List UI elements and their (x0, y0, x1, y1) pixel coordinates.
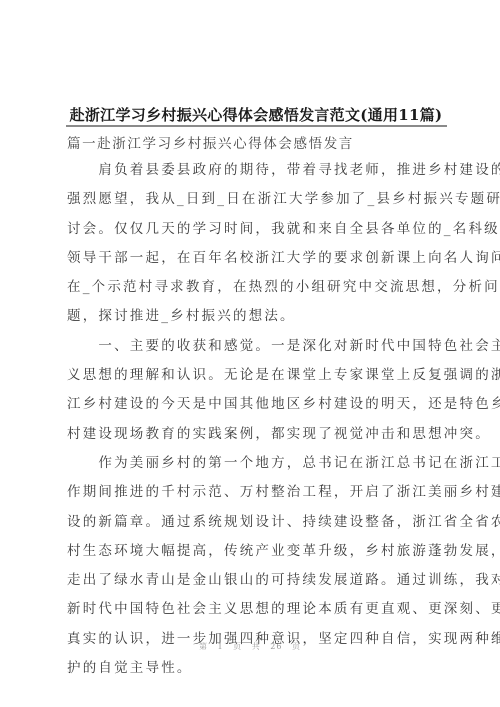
title-divider (66, 125, 447, 127)
document-page: 赴浙江学习乡村振兴心得体会感悟发言范文(通用11篇) 篇一赴浙江学习乡村振兴心得… (0, 0, 500, 707)
body-line: 护的自觉主导性。 (67, 658, 447, 687)
body-line: 新时代中国特色社会主义思想的理论本质有更直观、更深刻、更 (67, 599, 447, 628)
body-line: 村生态环境大幅提高，传统产业变革升级，乡村旅游蓬勃发展， (67, 541, 447, 570)
section-heading: 篇一赴浙江学习乡村振兴心得体会感悟发言 (67, 132, 354, 152)
body-line: 江乡村建设的今天是中国其他地区乡村建设的明天，还是特色乡 (67, 394, 447, 423)
body-line: 强烈愿望，我从_日到_日在浙江大学参加了_县乡村振兴专题研 (67, 189, 447, 218)
body-line: 一、主要的收获和感觉。一是深化对新时代中国特色社会主 (67, 336, 447, 365)
body-line: 肩负着县委县政府的期待，带着寻找老师，推进乡村建设的 (67, 160, 447, 189)
page-number: 第 1 页 共 26 页 (0, 641, 500, 652)
body-line: 在_个示范村寻求教育，在热烈的小组研究中交流思想，分析问 (67, 277, 447, 306)
body-line: 作为美丽乡村的第一个地方，总书记在浙江总书记在浙江工 (67, 453, 447, 482)
body-line: 村建设现场教育的实践案例，都实现了视觉冲击和思想冲突。 (67, 424, 447, 453)
body-line: 题，探讨推进_乡村振兴的想法。 (67, 306, 447, 335)
body-line: 讨会。仅仅几天的学习时间，我就和来自全县各单位的_名科级 (67, 219, 447, 248)
document-body: 肩负着县委县政府的期待，带着寻找老师，推进乡村建设的 强烈愿望，我从_日到_日在… (67, 160, 447, 687)
body-line: 义思想的理解和认识。无论是在课堂上专家课堂上反复强调的浙 (67, 365, 447, 394)
body-line: 领导干部一起，在百年名校浙江大学的要求创新课上向名人询问， (67, 248, 447, 277)
body-line: 设的新篇章。通过系统规划设计、持续建设整备，浙江省全省农 (67, 512, 447, 541)
document-title: 赴浙江学习乡村振兴心得体会感悟发言范文(通用11篇) (66, 104, 446, 125)
body-line: 作期间推进的千村示范、万村整治工程，开启了浙江美丽乡村建 (67, 482, 447, 511)
body-line: 走出了绿水青山是金山银山的可持续发展道路。通过训练，我对 (67, 570, 447, 599)
